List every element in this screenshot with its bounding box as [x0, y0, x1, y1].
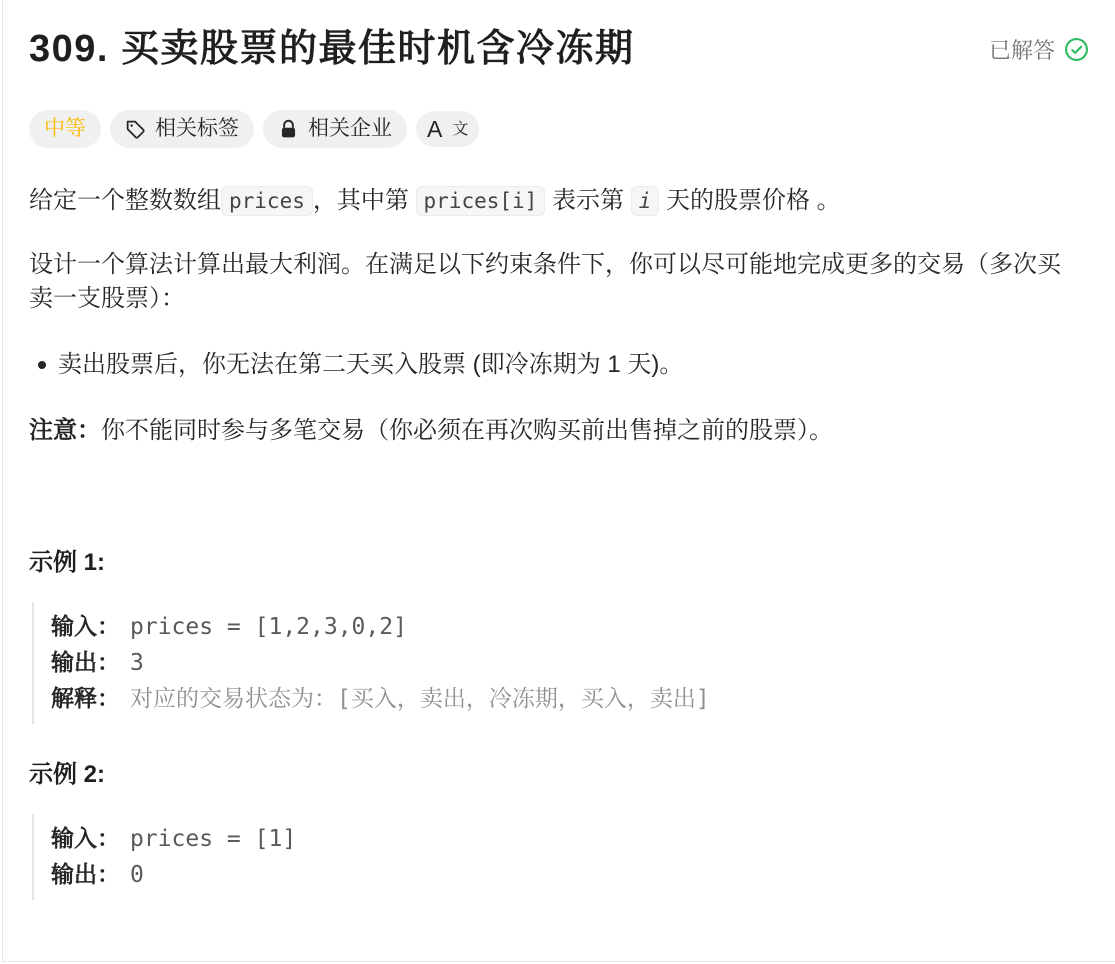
translate-icon-cjk: 文 — [452, 122, 468, 141]
problem-statement: 给定一个整数数组prices，其中第 prices[i] 表示第 i 天的股票价… — [29, 184, 1081, 448]
lock-icon — [278, 119, 299, 140]
explanation-value: 对应的交易状态为：[买入，卖出，冷冻期，买入，卖出] — [130, 686, 710, 712]
example-2-heading: 示例 2: — [29, 758, 1089, 792]
output-value: 3 — [130, 650, 144, 676]
example-2-block: 输入：prices = [1] 输出：0 — [32, 814, 1089, 900]
tag-icon — [125, 119, 146, 140]
constraint-item: 卖出股票后，你无法在第二天买入股票 (即冷冻期为 1 天)。 — [29, 348, 1081, 382]
related-tags-label: 相关标签 — [155, 118, 239, 140]
output-value: 0 — [130, 862, 144, 888]
inline-code-prices-i: prices[i] — [416, 186, 546, 216]
constraints-list: 卖出股票后，你无法在第二天买入股票 (即冷冻期为 1 天)。 — [29, 348, 1081, 382]
translate-toggle-button[interactable]: A 文 — [416, 111, 479, 147]
translate-icon: A — [427, 117, 442, 141]
output-label: 输出： — [51, 649, 120, 675]
example-1-block: 输入：prices = [1,2,3,0,2] 输出：3 解释：对应的交易状态为… — [32, 602, 1089, 724]
example-1-input-row: 输入：prices = [1,2,3,0,2] — [51, 609, 1089, 645]
problem-description-panel: 309. 买卖股票的最佳时机含冷冻期 已解答 中等 相关标签 相关企业 — [2, 0, 1115, 962]
output-label: 输出： — [51, 861, 120, 887]
related-companies-label: 相关企业 — [308, 118, 392, 140]
note-paragraph: 注意：你不能同时参与多笔交易（你必须在再次购买前出售掉之前的股票）。 — [29, 414, 1081, 448]
intro-text-3: 表示第 — [545, 187, 630, 214]
intro-text-2: ，其中第 — [313, 187, 416, 214]
input-label: 输入： — [51, 825, 120, 851]
input-value: prices = [1,2,3,0,2] — [130, 614, 407, 640]
page-title: 309. 买卖股票的最佳时机含冷冻期 — [29, 26, 635, 72]
paragraph-design: 设计一个算法计算出最大利润。在满足以下约束条件下，你可以尽可能地完成更多的交易（… — [29, 248, 1081, 316]
difficulty-badge: 中等 — [29, 110, 101, 148]
check-circle-icon — [1064, 37, 1089, 62]
inline-code-prices: prices — [221, 186, 313, 216]
related-companies-button[interactable]: 相关企业 — [263, 110, 407, 148]
explanation-label: 解释： — [51, 685, 120, 711]
paragraph-intro: 给定一个整数数组prices，其中第 prices[i] 表示第 i 天的股票价… — [29, 184, 1081, 218]
intro-text-4: 天的股票价格 。 — [659, 187, 840, 214]
example-1-heading: 示例 1: — [29, 546, 1089, 580]
example-2-input-row: 输入：prices = [1] — [51, 821, 1089, 857]
input-label: 输入： — [51, 613, 120, 639]
solved-status-badge[interactable]: 已解答 — [989, 34, 1089, 65]
related-tags-button[interactable]: 相关标签 — [110, 110, 254, 148]
note-label: 注意： — [29, 417, 101, 444]
problem-header: 309. 买卖股票的最佳时机含冷冻期 已解答 — [29, 26, 1089, 72]
example-2-output-row: 输出：0 — [51, 857, 1089, 893]
example-1-output-row: 输出：3 — [51, 645, 1089, 681]
example-1-explanation-row: 解释：对应的交易状态为：[买入，卖出，冷冻期，买入，卖出] — [51, 681, 1089, 717]
note-text: 你不能同时参与多笔交易（你必须在再次购买前出售掉之前的股票）。 — [101, 417, 833, 444]
badge-row: 中等 相关标签 相关企业 A 文 — [29, 110, 1089, 148]
intro-text-1: 给定一个整数数组 — [29, 187, 221, 214]
constraint-text: 卖出股票后，你无法在第二天买入股票 (即冷冻期为 1 天)。 — [58, 351, 683, 378]
inline-code-i: i — [631, 186, 660, 216]
input-value: prices = [1] — [130, 826, 296, 852]
solved-label: 已解答 — [989, 34, 1055, 65]
